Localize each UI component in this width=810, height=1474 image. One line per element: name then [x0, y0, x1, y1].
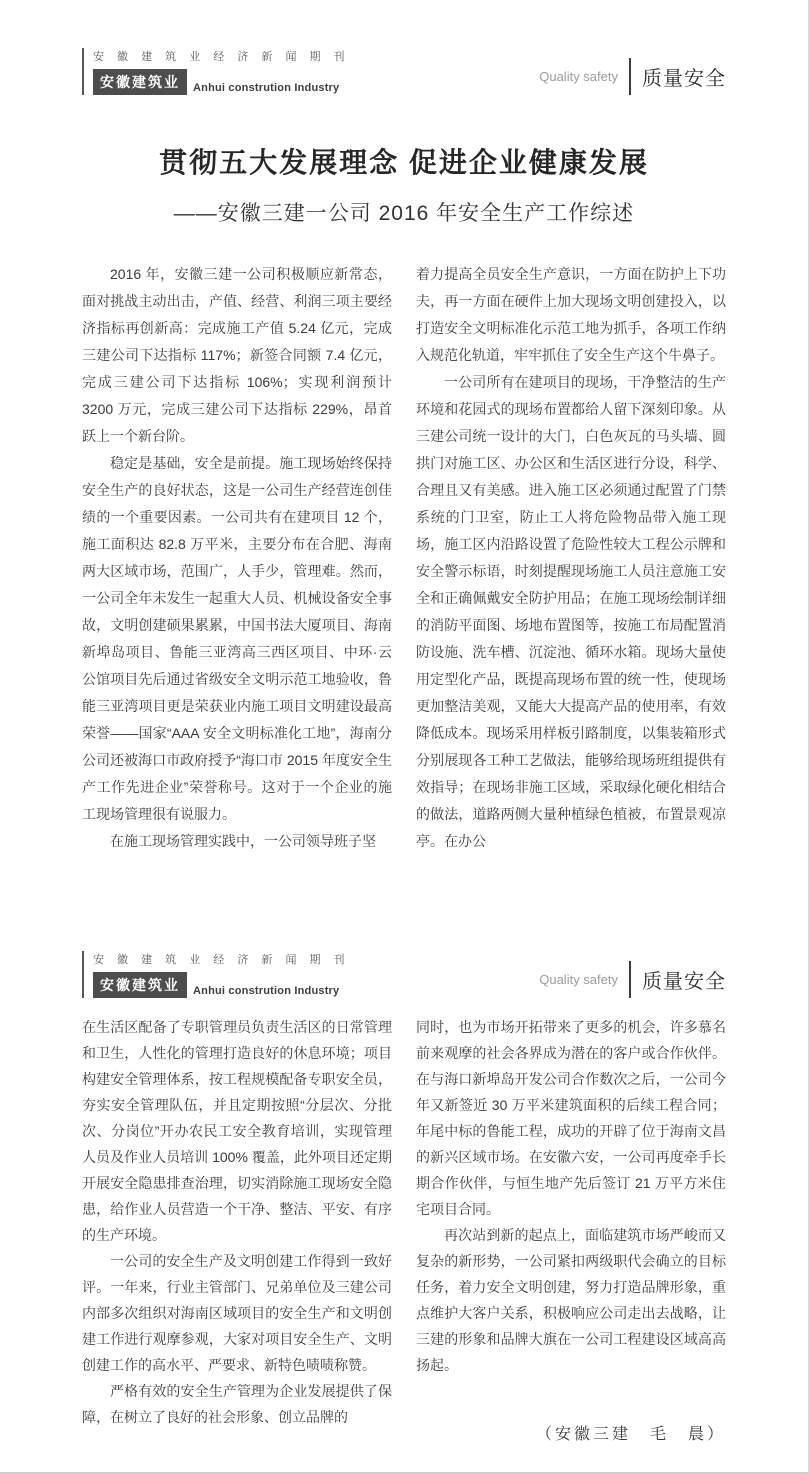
journal-logo-en: Anhui constrution Industry	[193, 82, 339, 95]
page-2-right-column: 同时，也为市场开拓带来了更多的机会，许多慕名前来观摩的社会各界成为潜在的客户或合…	[416, 1014, 726, 1448]
author-byline: （安徽三建 毛 晨）	[416, 1422, 726, 1448]
journal-logo-en: Anhui constrution Industry	[193, 985, 339, 998]
page-1: 安 徽 建 筑 业 经 济 新 闻 期 刊 安徽建筑业 Anhui constr…	[0, 0, 808, 937]
section-divider	[629, 58, 631, 95]
article-subtitle: ——安徽三建一公司 2016 年安全生产工作综述	[82, 197, 726, 227]
paragraph: 在生活区配备了专职管理员负责生活区的日常管理和卫生，人性化的管理打造良好的休息环…	[82, 1014, 392, 1248]
section-divider	[629, 961, 631, 998]
page-1-right-column: 着力提高全员安全生产意识，一方面在防护上下功夫，再一方面在硬件上加大现场文明创建…	[416, 261, 726, 855]
page-1-header: 安 徽 建 筑 业 经 济 新 闻 期 刊 安徽建筑业 Anhui constr…	[82, 48, 726, 95]
journal-name: 安 徽 建 筑 业 经 济 新 闻 期 刊	[93, 951, 350, 967]
page-2-header: 安 徽 建 筑 业 经 济 新 闻 期 刊 安徽建筑业 Anhui constr…	[82, 951, 726, 998]
journal-brand: 安 徽 建 筑 业 经 济 新 闻 期 刊 安徽建筑业 Anhui constr…	[82, 48, 350, 95]
paragraph: 一公司的安全生产及文明创建工作得到一致好评。一年来，行业主管部门、兄弟单位及三建…	[82, 1248, 392, 1378]
paragraph: 严格有效的安全生产管理为企业发展提供了保障，在树立了良好的社会形象、创立品牌的	[82, 1378, 392, 1430]
section-label-en: Quality safety	[539, 69, 618, 84]
section-label-zh: 质量安全	[642, 62, 726, 91]
section-label-en: Quality safety	[539, 972, 618, 987]
paragraph: 同时，也为市场开拓带来了更多的机会，许多慕名前来观摩的社会各界成为潜在的客户或合…	[416, 1014, 726, 1222]
page-2-body: 在生活区配备了专职管理员负责生活区的日常管理和卫生，人性化的管理打造良好的休息环…	[82, 1014, 726, 1448]
section-label: Quality safety 质量安全	[539, 961, 726, 998]
magazine-scan: 安 徽 建 筑 业 经 济 新 闻 期 刊 安徽建筑业 Anhui constr…	[0, 0, 810, 1474]
journal-logo: 安徽建筑业	[93, 69, 187, 95]
page-2: 安 徽 建 筑 业 经 济 新 闻 期 刊 安徽建筑业 Anhui constr…	[0, 937, 808, 1448]
page-2-left-column: 在生活区配备了专职管理员负责生活区的日常管理和卫生，人性化的管理打造良好的休息环…	[82, 1014, 392, 1448]
journal-brand: 安 徽 建 筑 业 经 济 新 闻 期 刊 安徽建筑业 Anhui constr…	[82, 951, 350, 998]
page-1-left-column: 2016 年，安徽三建一公司积极顺应新常态，面对挑战主动出击，产值、经营、利润三…	[82, 261, 392, 855]
paragraph: 在施工现场管理实践中，一公司领导班子坚	[82, 828, 392, 855]
section-label: Quality safety 质量安全	[539, 58, 726, 95]
paragraph: 一公司所有在建项目的现场，干净整洁的生产环境和花园式的现场布置都给人留下深刻印象…	[416, 369, 726, 855]
journal-logo: 安徽建筑业	[93, 972, 187, 998]
article-title: 贯彻五大发展理念 促进企业健康发展	[82, 141, 726, 181]
paragraph: 再次站到新的起点上，面临建筑市场严峻而又复杂的新形势，一公司紧扣两级职代会确立的…	[416, 1222, 726, 1378]
section-label-zh: 质量安全	[642, 965, 726, 994]
paragraph: 2016 年，安徽三建一公司积极顺应新常态，面对挑战主动出击，产值、经营、利润三…	[82, 261, 392, 450]
journal-name: 安 徽 建 筑 业 经 济 新 闻 期 刊	[93, 48, 350, 64]
paragraph: 着力提高全员安全生产意识，一方面在防护上下功夫，再一方面在硬件上加大现场文明创建…	[416, 261, 726, 369]
page-1-body: 2016 年，安徽三建一公司积极顺应新常态，面对挑战主动出击，产值、经营、利润三…	[82, 261, 726, 855]
paragraph: 稳定是基础，安全是前提。施工现场始终保持安全生产的良好状态，这是一公司生产经营连…	[82, 450, 392, 828]
